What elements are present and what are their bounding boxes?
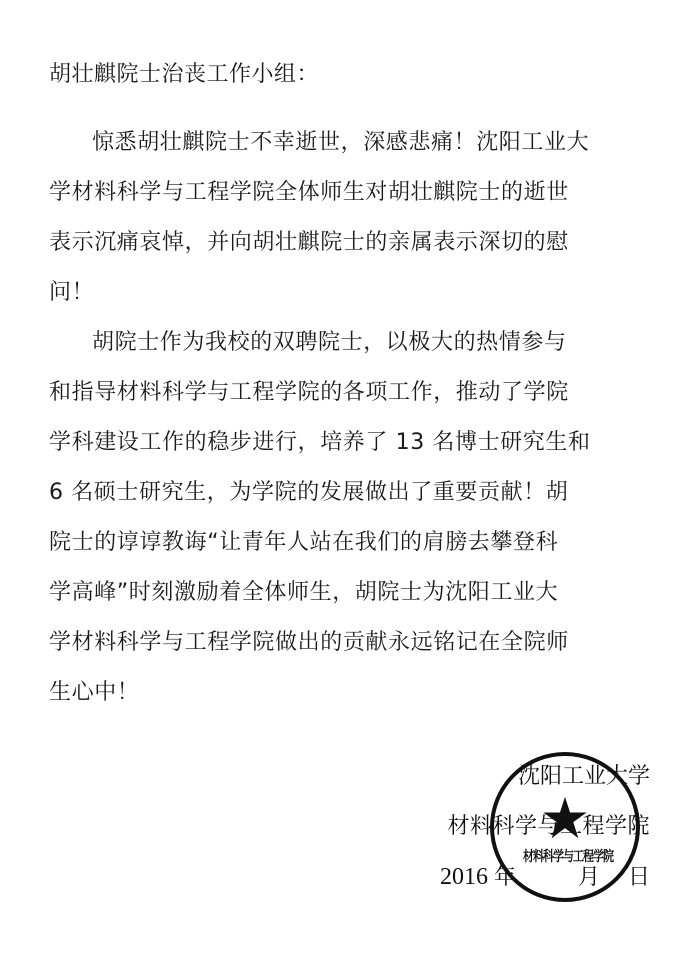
date-year: 2016	[440, 864, 488, 890]
paragraph-1-line-2: 学材料科学与工程学院全体师生对胡壮麒院士的逝世	[49, 178, 569, 208]
paragraph-2-line-7: 学材料科学与工程学院做出的贡献永远铭记在全院师	[49, 628, 569, 658]
paragraph-2-line-1: 胡院士作为我校的双聘院士，以极大的热情参与	[92, 328, 567, 358]
paragraph-2-line-6: 学高峰”时刻激励着全体师生，胡院士为沈阳工业大	[49, 578, 558, 608]
paragraph-1-line-4: 问！	[49, 278, 94, 308]
date-month-unit: 月	[578, 865, 600, 890]
signature-university: 沈阳工业大学	[518, 762, 650, 792]
paragraph-2-line-5: 院士的谆谆教诲“让青年人站在我们的肩膀去攀登科	[49, 528, 558, 558]
paragraph-1-line-3: 表示沉痛哀悼，并向胡壮麒院士的亲属表示深切的慰	[49, 228, 569, 258]
paragraph-1-line-1: 惊悉胡壮麒院士不幸逝世，深感悲痛！沈阳工业大	[92, 128, 589, 158]
signature-school: 材料科学与工程学院	[447, 812, 650, 842]
date-year-unit: 年	[494, 865, 516, 890]
date-day-unit: 日	[628, 865, 650, 890]
salutation: 胡壮麒院士治丧工作小组：	[49, 60, 319, 90]
paragraph-2-line-2: 和指导材料科学与工程学院的各项工作，推动了学院	[49, 378, 569, 408]
paragraph-2-line-3: 学科建设工作的稳步进行，培养了 13 名博士研究生和	[49, 428, 591, 458]
paragraph-2-line-4: 6 名硕士研究生，为学院的发展做出了重要贡献！胡	[49, 478, 568, 508]
paragraph-2-line-8: 生心中！	[49, 678, 139, 708]
signature-date: 2016 年月日	[440, 862, 650, 893]
letter-page: 胡壮麒院士治丧工作小组： 惊悉胡壮麒院士不幸逝世，深感悲痛！沈阳工业大 学材料科…	[0, 0, 700, 980]
